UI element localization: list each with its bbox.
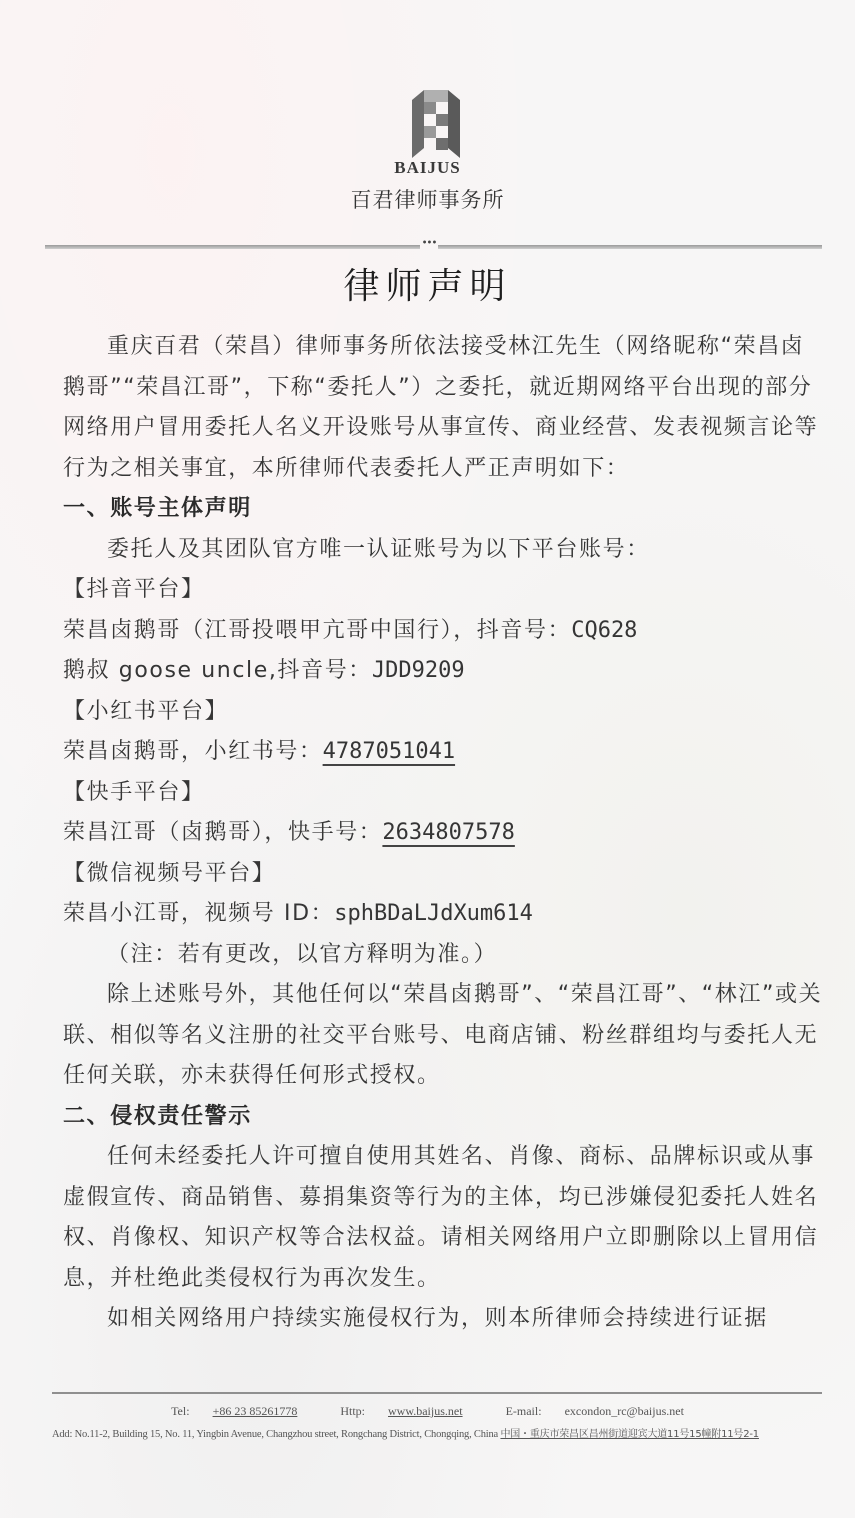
tel-value: +86 23 85261778 [213,1404,298,1418]
disclaimer-paragraph: 除上述账号外，其他任何以“荣昌卤鹅哥”、“荣昌江哥”、“林江”或关联、相似等名义… [63,975,823,1097]
header-divider-left [45,245,420,249]
footer-address: Add: No.11-2, Building 15, No. 11, Yingb… [52,1425,842,1440]
account-douyin-2: 鹅叔 goose uncle,抖音号：JDD9209 [63,651,823,692]
intro-paragraph: 重庆百君（荣昌）律师事务所依法接受林江先生（网络昵称“荣昌卤鹅哥”“荣昌江哥”，… [63,327,823,489]
account-wechat-channels: 荣昌小江哥，视频号 ID：sphBDaLJdXum614 [63,894,823,935]
account-xiaohongshu: 荣昌卤鹅哥，小红书号：4787051041 [63,732,823,773]
divider-dots: ••• [420,238,438,249]
document-body: 重庆百君（荣昌）律师事务所依法接受林江先生（网络昵称“荣昌卤鹅哥”“荣昌江哥”，… [63,327,823,1340]
header-divider-right [438,245,822,249]
account-kuaishou: 荣昌江哥（卤鹅哥），快手号：2634807578 [63,813,823,854]
section-2-heading: 二、侵权责任警示 [63,1097,823,1138]
address-cn: 中国・重庆市荣昌区昌州街道迎宾大道11号15幢附11号2-1 [500,1429,759,1440]
section-2-paragraph-2: 如相关网络用户持续实施侵权行为，则本所律师会持续进行证据 [63,1299,823,1340]
account-id: JDD9209 [372,658,465,683]
tel-label: Tel: [171,1404,190,1418]
account-id: sphBDaLJdXum614 [334,901,533,926]
account-id: 4787051041 [323,739,455,764]
section-1-lead: 委托人及其团队官方唯一认证账号为以下平台账号： [63,530,823,571]
baijus-logo-icon [408,88,464,160]
section-1-heading: 一、账号主体声明 [63,489,823,530]
brand-name-en: BAIJUS [0,158,855,178]
account-label: 荣昌卤鹅哥（江哥投喂甲亢哥中国行），抖音号： [63,618,571,643]
website-link[interactable]: www.baijus.net [388,1404,463,1418]
document-title: 律师声明 [0,258,855,309]
note: （注：若有更改，以官方释明为准。） [63,935,823,976]
account-label: 荣昌卤鹅哥，小红书号： [63,739,323,764]
email-link[interactable]: excondon_rc@baijus.net [565,1404,684,1418]
platform-xiaohongshu: 【小红书平台】 [63,692,823,733]
email-label: E-mail: [506,1404,542,1418]
http-label: Http: [340,1404,365,1418]
account-label: 荣昌江哥（卤鹅哥），快手号： [63,820,382,845]
account-label: 鹅叔 goose uncle,抖音号： [63,658,372,683]
platform-kuaishou: 【快手平台】 [63,773,823,814]
tel: Tel: +86 23 85261778 [161,1404,307,1418]
section-2-paragraph-1: 任何未经委托人许可擅自使用其姓名、肖像、商标、品牌标识或从事虚假宣传、商品销售、… [63,1137,823,1299]
footer-divider [52,1392,822,1394]
address-en: Add: No.11-2, Building 15, No. 11, Yingb… [52,1429,498,1440]
account-label: 荣昌小江哥，视频号 ID： [63,901,334,926]
platform-douyin: 【抖音平台】 [63,570,823,611]
footer-contact: Tel: +86 23 85261778 Http: www.baijus.ne… [0,1404,855,1419]
website: Http: www.baijus.net [330,1404,472,1418]
account-douyin-1: 荣昌卤鹅哥（江哥投喂甲亢哥中国行），抖音号：CQ628 [63,611,823,652]
brand-name-cn: 百君律师事务所 [0,184,855,214]
account-id: 2634807578 [382,820,514,845]
email: E-mail: excondon_rc@baijus.net [496,1404,694,1418]
account-id: CQ628 [571,618,637,643]
platform-wechat-channels: 【微信视频号平台】 [63,854,823,895]
